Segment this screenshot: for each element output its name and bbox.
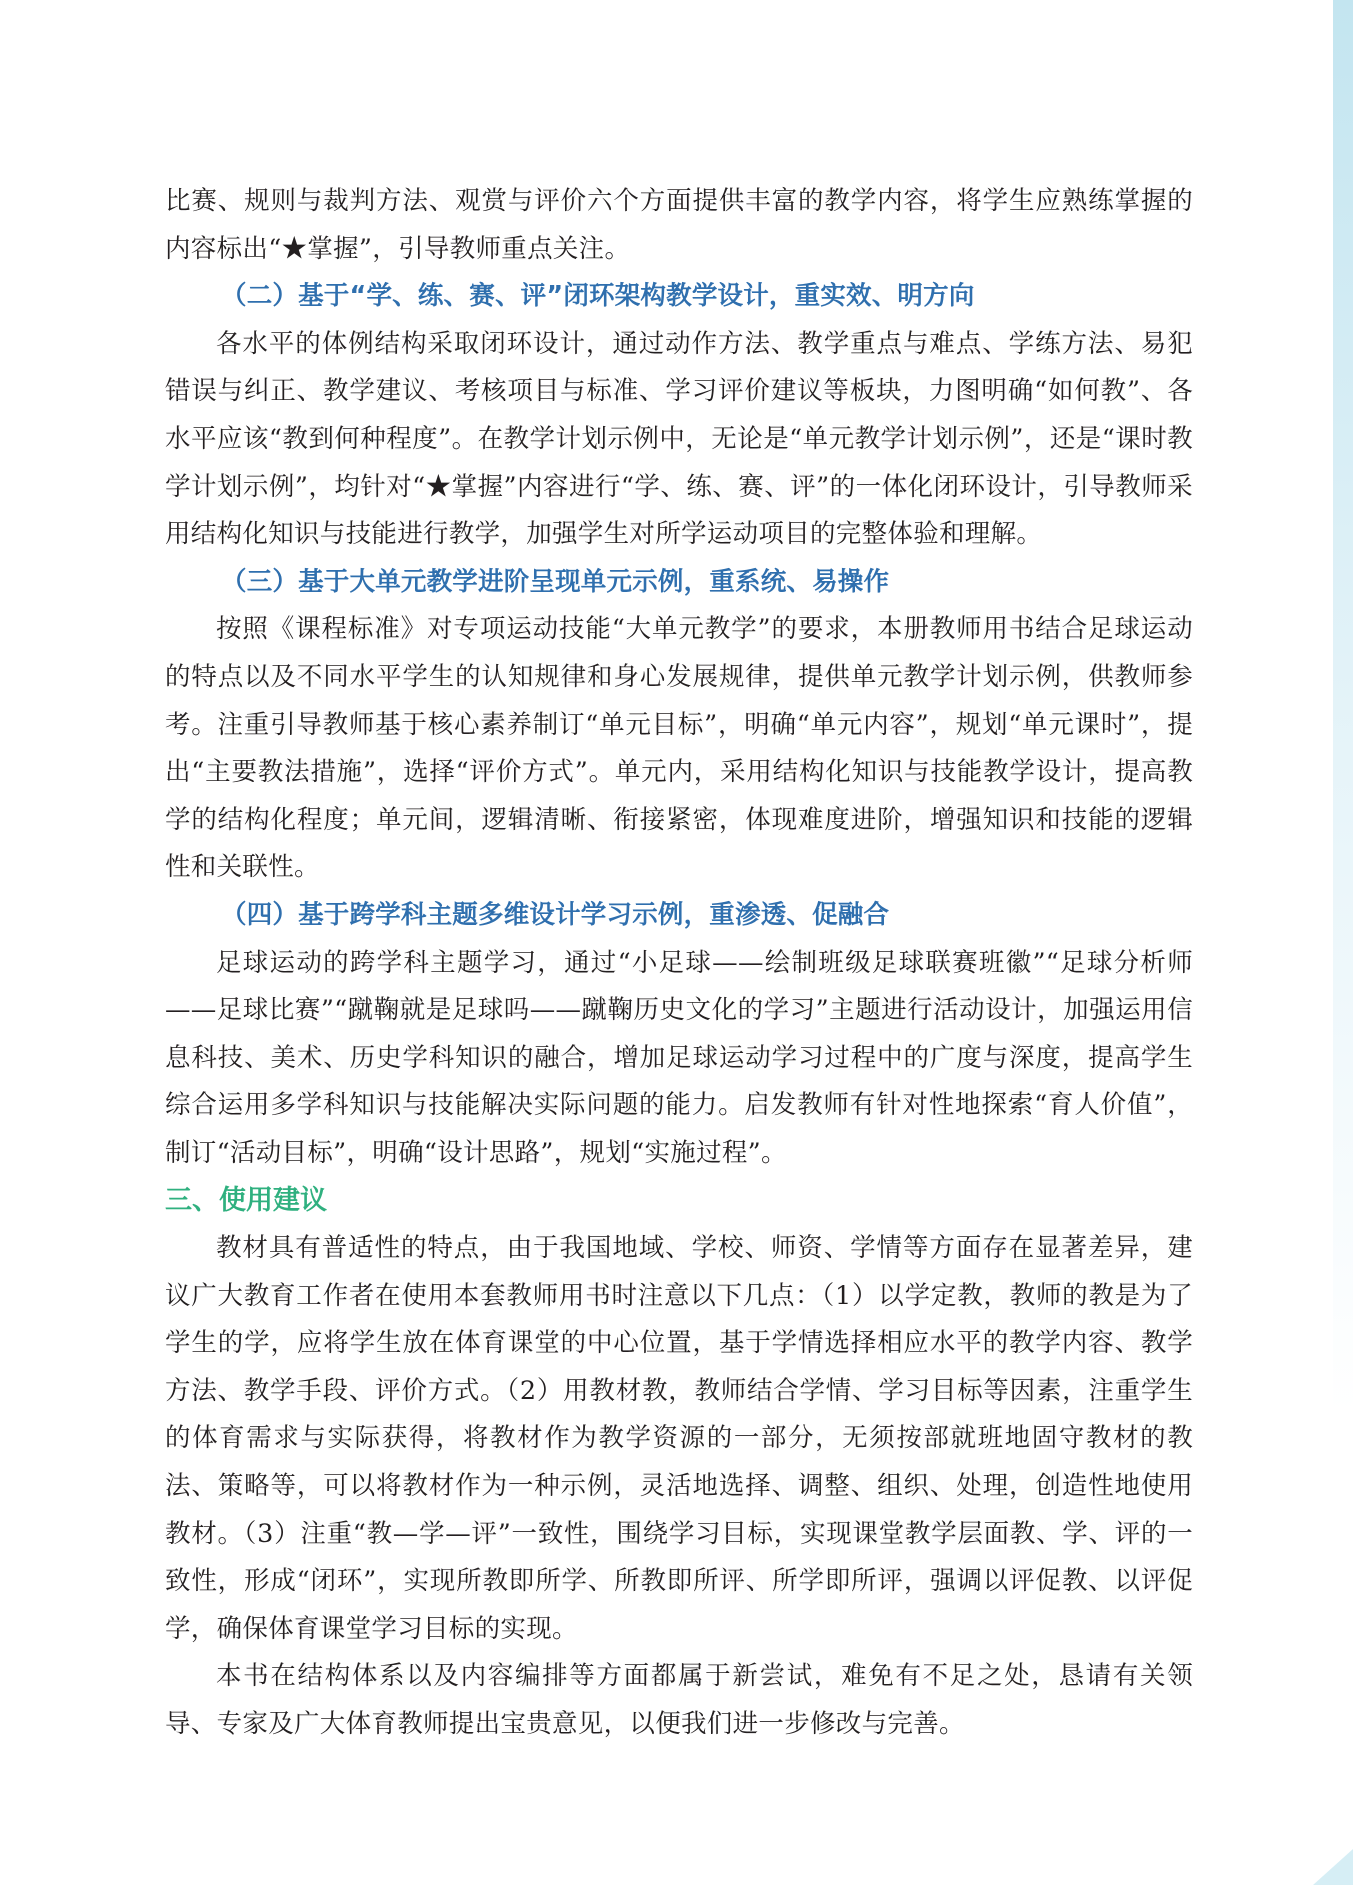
subsection-3-body: 按照《课程标准》对专项运动技能“大单元教学”的要求，本册教师用书结合足球运动的特…	[165, 606, 1193, 892]
subsection-2-heading: （二）基于“学、练、赛、评”闭环架构教学设计，重实效、明方向	[165, 273, 1193, 321]
section-3-heading: 三、使用建议	[165, 1177, 1193, 1225]
intro-paragraph: 比赛、规则与裁判方法、观赏与评价六个方面提供丰富的教学内容，将学生应熟练掌握的内…	[165, 178, 1193, 273]
subsection-2-body: 各水平的体例结构采取闭环设计，通过动作方法、教学重点与难点、学练方法、易犯错误与…	[165, 321, 1193, 559]
subsection-4-heading: （四）基于跨学科主题多维设计学习示例，重渗透、促融合	[165, 892, 1193, 940]
usage-paragraph: 教材具有普适性的特点，由于我国地域、学校、师资、学情等方面存在显著差异，建议广大…	[165, 1225, 1193, 1653]
subsection-4-body: 足球运动的跨学科主题学习，通过“小足球——绘制班级足球联赛班徽”“足球分析师——…	[165, 940, 1193, 1178]
page-content: 比赛、规则与裁判方法、观赏与评价六个方面提供丰富的教学内容，将学生应熟练掌握的内…	[165, 178, 1193, 1749]
subsection-3-heading: （三）基于大单元教学进阶呈现单元示例，重系统、易操作	[165, 559, 1193, 607]
closing-paragraph: 本书在结构体系以及内容编排等方面都属于新尝试，难免有不足之处，恳请有关领导、专家…	[165, 1653, 1193, 1748]
page-edge-strip	[1333, 0, 1353, 1885]
